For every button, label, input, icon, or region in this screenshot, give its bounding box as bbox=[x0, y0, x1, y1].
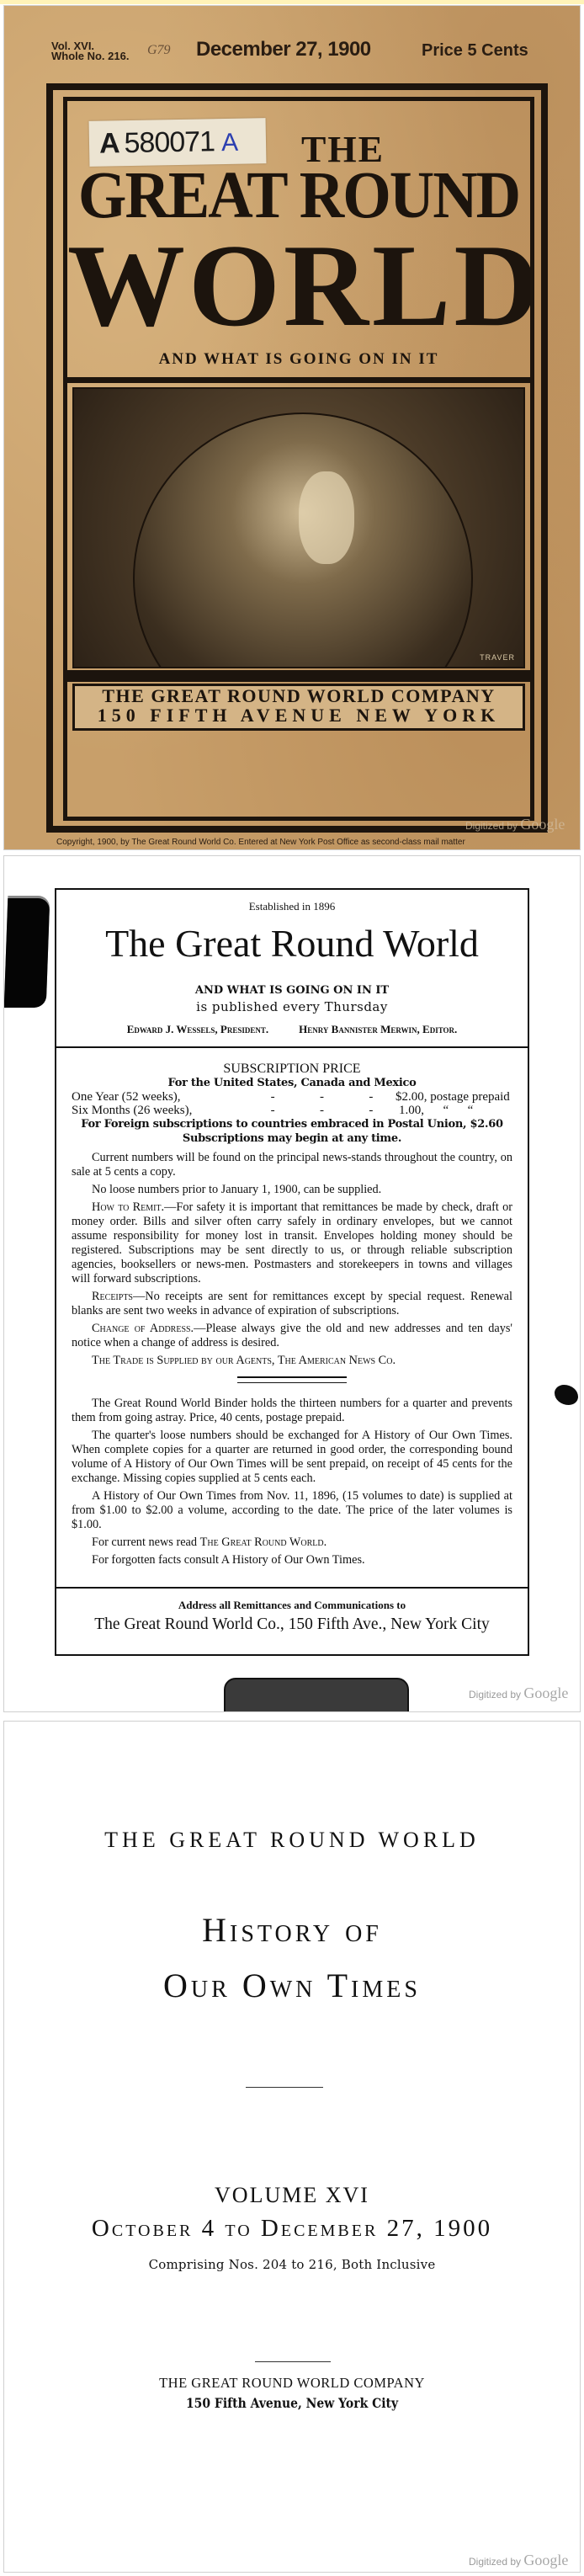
price-row: Six Months (26 weeks), --- 1.00, “ “ bbox=[72, 1104, 512, 1117]
leader-dot: - bbox=[320, 1104, 324, 1117]
foreign-subscription: For Foreign subscriptions to countries e… bbox=[72, 1117, 512, 1131]
paragraph-trade: The Trade is Supplied by our Agents, The… bbox=[72, 1354, 512, 1368]
title-page: THE GREAT ROUND WORLD History of Our Own… bbox=[3, 1721, 581, 2573]
receipts-heading: Receipts bbox=[92, 1290, 133, 1303]
divider bbox=[255, 2361, 331, 2362]
current-news-name: The Great Round World. bbox=[200, 1535, 327, 1549]
digitized-watermark: Digitized by Google bbox=[465, 816, 565, 833]
handwritten-mark: G79 bbox=[147, 43, 171, 58]
masthead-body: SUBSCRIPTION PRICE For the United States… bbox=[72, 1060, 512, 1571]
book-title-line1: History of bbox=[4, 1910, 580, 1950]
subscription-heading: SUBSCRIPTION PRICE bbox=[72, 1062, 512, 1076]
digitized-watermark: Digitized by Google bbox=[469, 2552, 568, 2569]
date-range: October 4 to December 27, 1900 bbox=[4, 2215, 580, 2243]
stamp-prefix: A bbox=[99, 127, 119, 159]
title-world: WORLD bbox=[67, 227, 530, 345]
price-amount: $2.00, postage prepaid bbox=[396, 1090, 512, 1104]
paragraph-history: A History of Our Own Times from Nov. 11,… bbox=[72, 1489, 512, 1532]
leader-dot: - bbox=[369, 1090, 373, 1104]
scanner-thumb-artifact bbox=[224, 1678, 409, 1712]
editor: Henry Bannister Merwin, Editor. bbox=[299, 1023, 457, 1036]
leader-dot: - bbox=[369, 1104, 373, 1117]
masthead-title: The Great Round World bbox=[56, 922, 528, 966]
artist-signature: TRAVER bbox=[480, 653, 515, 662]
subscription-region: For the United States, Canada and Mexico bbox=[72, 1076, 512, 1090]
price-term: Six Months (26 weeks), bbox=[72, 1104, 248, 1117]
leader-dot: - bbox=[320, 1090, 324, 1104]
whole-number: Whole No. 216. bbox=[51, 51, 129, 61]
double-divider bbox=[237, 1376, 347, 1383]
paragraph-current-news: For current news read The Great Round Wo… bbox=[72, 1535, 512, 1550]
publication-frequency: is published every Thursday bbox=[56, 999, 528, 1014]
price-term: One Year (52 weeks), bbox=[72, 1090, 248, 1104]
officers: Edward J. Wessels, President. Henry Bann… bbox=[56, 1023, 528, 1036]
masthead-subtitle: AND WHAT IS GOING ON IN IT bbox=[56, 984, 528, 997]
publisher-name: THE GREAT ROUND WORLD COMPANY bbox=[4, 2375, 580, 2392]
paragraph-loose-numbers: No loose numbers prior to January 1, 190… bbox=[72, 1183, 512, 1197]
google-logo: Google bbox=[523, 1685, 568, 1701]
paragraph-current-numbers: Current numbers will be found on the pri… bbox=[72, 1151, 512, 1179]
divider bbox=[246, 2087, 323, 2088]
top-highlight-strip bbox=[0, 0, 584, 4]
publisher-name: THE GREAT ROUND WORLD COMPANY bbox=[75, 686, 523, 705]
stamp-number: 580071 bbox=[124, 125, 215, 159]
president: Edward J. Wessels, President. bbox=[127, 1023, 268, 1036]
issue-price: Price 5 Cents bbox=[422, 41, 528, 61]
paragraph-binder: The Great Round World Binder holds the t… bbox=[72, 1397, 512, 1425]
globe-icon bbox=[133, 412, 473, 668]
masthead-box: Established in 1896 The Great Round Worl… bbox=[55, 888, 529, 1656]
paragraph-how-to-remit: How to Remit.—For safety it is important… bbox=[72, 1200, 512, 1286]
globe-highlight bbox=[299, 471, 354, 564]
established-line: Established in 1896 bbox=[56, 900, 528, 913]
scanner-thumb-artifact bbox=[555, 1385, 578, 1405]
issues-comprised: Comprising Nos. 204 to 216, Both Inclusi… bbox=[4, 2257, 580, 2272]
current-news-prefix: For current news read bbox=[92, 1535, 200, 1549]
volume-info: Vol. XVI. Whole No. 216. bbox=[51, 41, 129, 61]
volume-label: VOLUME XVI bbox=[4, 2183, 580, 2208]
google-logo: Google bbox=[520, 816, 565, 833]
price-row: One Year (52 weeks), --- $2.00, postage … bbox=[72, 1090, 512, 1104]
remit-heading: How to Remit. bbox=[92, 1200, 164, 1214]
divider bbox=[67, 670, 530, 682]
copyright-line: Copyright, 1900, by The Great Round Worl… bbox=[56, 838, 465, 847]
watermark-prefix: Digitized by bbox=[465, 820, 518, 832]
cover-frame: A580071A THE GREAT ROUND WORLD AND WHAT … bbox=[46, 83, 548, 833]
paragraph-receipts: Receipts—No receipts are sent for remitt… bbox=[72, 1290, 512, 1318]
price-amount: 1.00, “ “ bbox=[396, 1104, 512, 1117]
leader-dot: - bbox=[271, 1090, 275, 1104]
series-title: THE GREAT ROUND WORLD bbox=[4, 1828, 580, 1853]
divider bbox=[56, 1587, 528, 1589]
publisher-address: 150 Fifth Avenue, New York City bbox=[33, 2395, 551, 2411]
globe-illustration: TRAVER bbox=[72, 387, 525, 668]
publisher-block: THE GREAT ROUND WORLD COMPANY 150 FIFTH … bbox=[72, 684, 525, 731]
cover-page: Vol. XVI. Whole No. 216. G79 December 27… bbox=[3, 5, 581, 850]
google-logo: Google bbox=[523, 2552, 568, 2568]
watermark-prefix: Digitized by bbox=[469, 1689, 521, 1700]
divider bbox=[67, 377, 530, 383]
paragraph-change-of-address: Change of Address.—Please always give th… bbox=[72, 1322, 512, 1350]
address-heading: Change of Address. bbox=[92, 1322, 194, 1335]
cover-header: Vol. XVI. Whole No. 216. G79 December 27… bbox=[46, 38, 551, 72]
masthead-page: Established in 1896 The Great Round Worl… bbox=[3, 855, 581, 1712]
cover-tagline: AND WHAT IS GOING ON IN IT bbox=[67, 350, 530, 369]
issue-date: December 27, 1900 bbox=[196, 38, 371, 61]
stamp-handwritten-mark: A bbox=[221, 129, 238, 157]
digitized-watermark: Digitized by Google bbox=[469, 1685, 568, 1702]
publisher-address: 150 FIFTH AVENUE NEW YORK bbox=[75, 705, 523, 725]
address-label: Address all Remittances and Communicatio… bbox=[56, 1599, 528, 1612]
book-title-line2: Our Own Times bbox=[4, 1966, 580, 2005]
watermark-prefix: Digitized by bbox=[469, 2556, 521, 2568]
cover-inner-frame: A580071A THE GREAT ROUND WORLD AND WHAT … bbox=[63, 97, 534, 821]
leader-dot: - bbox=[271, 1104, 275, 1117]
paragraph-forgotten-facts: For forgotten facts consult A History of… bbox=[72, 1553, 512, 1567]
receipts-body: —No receipts are sent for remittances ex… bbox=[72, 1290, 512, 1317]
divider bbox=[56, 1046, 528, 1048]
company-address: The Great Round World Co., 150 Fifth Ave… bbox=[56, 1615, 528, 1634]
subscription-start: Subscriptions may begin at any time. bbox=[72, 1131, 512, 1146]
scanner-thumb-artifact bbox=[4, 898, 50, 1008]
paragraph-exchange: The quarter's loose numbers should be ex… bbox=[72, 1429, 512, 1486]
